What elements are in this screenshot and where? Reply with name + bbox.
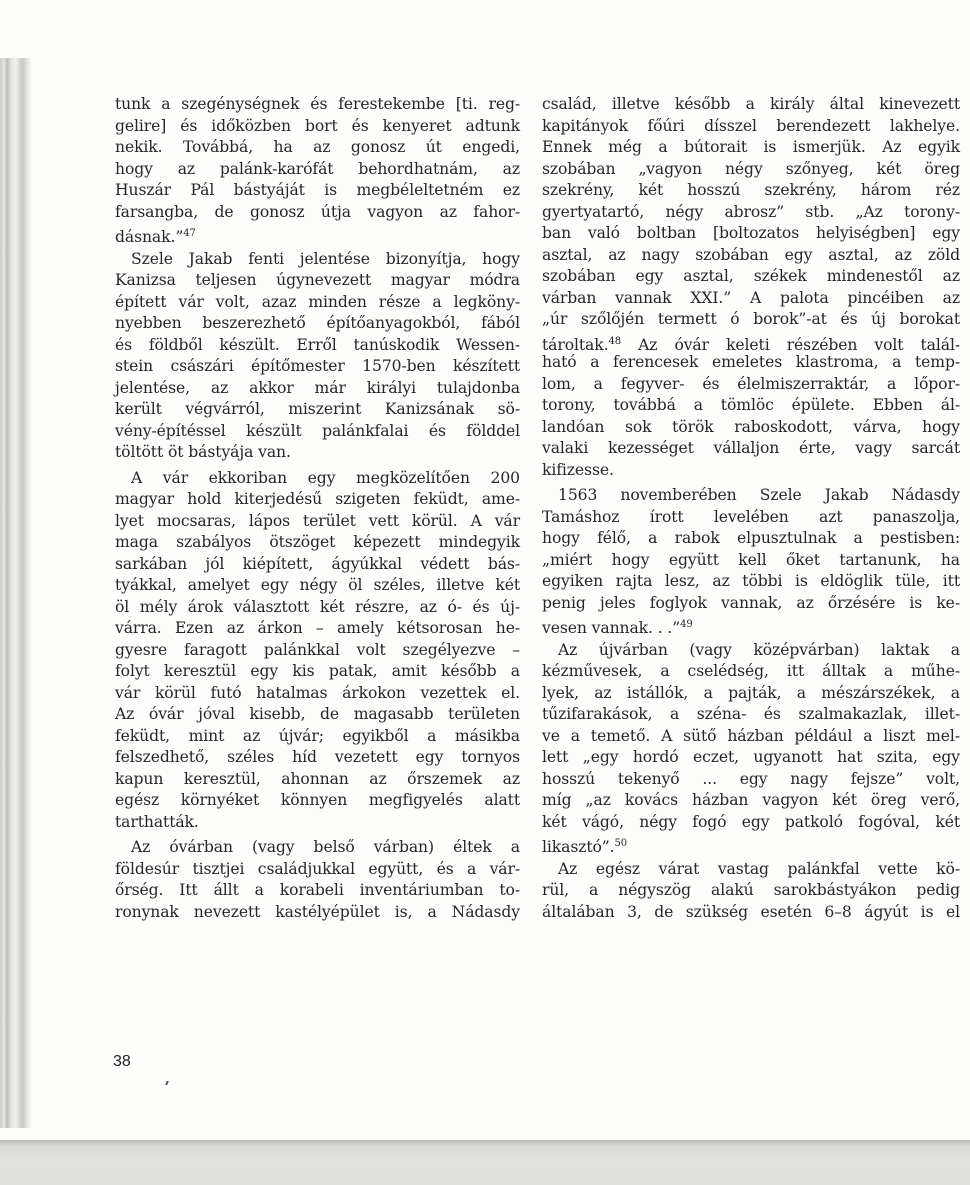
text-line: Az óvár jóval kisebb, de magasabb terüle… bbox=[115, 704, 520, 726]
text-line: Kanizsa teljesen úgynevezett magyar módr… bbox=[115, 270, 520, 292]
text-line: tűzifarakások, a széna- és szalmakazlak,… bbox=[542, 704, 960, 726]
text-line: nekik. Továbbá, ha az gonosz út engedi, bbox=[115, 137, 520, 159]
text-line: nyebben beszerezhető építőanyagokból, fá… bbox=[115, 313, 520, 335]
text-line: farsangba, de gonosz útja vagyon az faho… bbox=[115, 202, 520, 224]
text-line: egész környéket könnyen megfigyelés alat… bbox=[115, 790, 520, 812]
text-line: várra. Ezen az árkon – amely kétsorosan … bbox=[115, 618, 520, 640]
page-number: 38 bbox=[113, 1053, 131, 1071]
text-line: magyar hold kiterjedésű szigeten feküdt,… bbox=[115, 489, 520, 511]
text-line: gyesre faragott palánkkal volt szegélyez… bbox=[115, 640, 520, 662]
text-line: penig jeles foglyok vannak, az őrzésére … bbox=[542, 593, 960, 615]
text-line: dásnak.”47 bbox=[115, 223, 520, 245]
print-speck bbox=[165, 1081, 168, 1085]
text-line: kapun keresztül, ahonnan az őrszemek az bbox=[115, 769, 520, 791]
text-line: hosszú tekenyő ... egy nagy fejsze” volt… bbox=[542, 769, 960, 791]
text-line: gyertyatartó, négy abrosz” stb. „Az toro… bbox=[542, 202, 960, 224]
text-line: torony, továbbá a tömlöc épülete. Ebben … bbox=[542, 395, 960, 417]
text-line: földesúr tisztjei családjukkal együtt, é… bbox=[115, 859, 520, 881]
text-line: sarkában jól kiépített, ágyúkkal védett … bbox=[115, 554, 520, 576]
text-line: jelentése, az akkor már királyi tulajdon… bbox=[115, 378, 520, 400]
text-line: lyet mocsaras, lápos terület vett körül.… bbox=[115, 511, 520, 533]
text-line: tyákkal, amelyet egy négy öl széles, ill… bbox=[115, 575, 520, 597]
text-line: egyiken rajta lesz, az többi is eldöglik… bbox=[542, 571, 960, 593]
text-line: tarthatták. bbox=[115, 812, 520, 834]
text-line: család, illetve később a király által ki… bbox=[542, 94, 960, 116]
text-line: rül, a négyszög alakú sarokbástyákon ped… bbox=[542, 880, 960, 902]
text-line: ronynak nevezett kastélyépület is, a Nád… bbox=[115, 902, 520, 924]
text-line: „úr szőlőjén termett ó borok”-at és új b… bbox=[542, 309, 960, 331]
text-line: folyt keresztül egy kis patak, amit késő… bbox=[115, 661, 520, 683]
text-line: „miért hogy együtt kell őket tartanunk, … bbox=[542, 550, 960, 572]
text-line: asztal, az nagy szobában egy asztal, az … bbox=[542, 245, 960, 267]
text-line: hogy félő, a rabok elpusztulnak a pestis… bbox=[542, 528, 960, 550]
text-line: töltött öt bástyája van. bbox=[115, 442, 520, 464]
text-line: általában 3, de szükség esetén 6–8 ágyút… bbox=[542, 902, 960, 924]
text-line: ható a ferencesek emeletes klastroma, a … bbox=[542, 352, 960, 374]
text-line: öl mély árok választott két részre, az ó… bbox=[115, 597, 520, 619]
text-line: stein császári építőmester 1570-ben kész… bbox=[115, 356, 520, 378]
footnote-marker: 50 bbox=[615, 838, 628, 849]
text-line: míg „az kovács házban vagyon két öreg ve… bbox=[542, 790, 960, 812]
text-line: vár körül futó hatalmas árkokon vezettek… bbox=[115, 683, 520, 705]
text-line: feküdt, mint az újvár; egyikből a másikb… bbox=[115, 726, 520, 748]
footnote-marker: 49 bbox=[680, 619, 693, 630]
text-line: 1563 novemberében Szele Jakab Nádasdy bbox=[542, 485, 960, 507]
text-line: tunk a szegénységnek és ferestekembe [ti… bbox=[115, 94, 520, 116]
text-line: hogy az palánk-karófát behordhatnám, az bbox=[115, 159, 520, 181]
text-line: Az egész várat vastag palánkfal vette kö… bbox=[542, 859, 960, 881]
text-line: Ennek még a bútorait is ismerjük. Az egy… bbox=[542, 137, 960, 159]
text-line: kifizesse. bbox=[542, 460, 960, 482]
text-line: Tamáshoz írott levelében azt panaszolja, bbox=[542, 507, 960, 529]
text-line: vény-építéssel készült palánkfalai és fö… bbox=[115, 421, 520, 443]
left-text-column: tunk a szegénységnek és ferestekembe [ti… bbox=[115, 94, 520, 923]
text-line: lom, a fegyver- és élelmiszerraktár, a l… bbox=[542, 374, 960, 396]
text-line: került végvárról, miszerint Kanizsának s… bbox=[115, 399, 520, 421]
text-line: kézművesek, a cselédség, itt álltak a mű… bbox=[542, 661, 960, 683]
book-page: tunk a szegénységnek és ferestekembe [ti… bbox=[0, 0, 970, 1150]
book-spine-gutter bbox=[0, 58, 32, 1128]
text-line: vesen vannak. . .”49 bbox=[542, 614, 960, 636]
text-line: két vágó, négy fogó egy patkoló fogóval,… bbox=[542, 812, 960, 834]
text-line: épített vár volt, azaz minden része a le… bbox=[115, 292, 520, 314]
text-line: gelire] és időközben bort és kenyeret ad… bbox=[115, 116, 520, 138]
text-line: várban vannak XXI.” A palota pincéiben a… bbox=[542, 288, 960, 310]
text-line: és földből készült. Erről tanúskodik Wes… bbox=[115, 335, 520, 357]
footnote-marker: 48 bbox=[608, 336, 621, 347]
text-line: felszedhető, széles híd vezetett egy tor… bbox=[115, 747, 520, 769]
text-line: tároltak.48 Az óvár keleti részében volt… bbox=[542, 331, 960, 353]
text-line: A vár ekkoriban egy megközelítően 200 bbox=[115, 468, 520, 490]
text-line: likasztó”.50 bbox=[542, 833, 960, 855]
text-line: maga szabályos ötszöget képezett mindegy… bbox=[115, 532, 520, 554]
text-line: Az újvárban (vagy középvárban) laktak a bbox=[542, 640, 960, 662]
text-line: Szele Jakab fenti jelentése bizonyítja, … bbox=[115, 249, 520, 271]
text-line: valaki kezességet vállaljon érte, vagy s… bbox=[542, 438, 960, 460]
text-line: kapitányok főúri dísszel berendezett lak… bbox=[542, 116, 960, 138]
text-line: szobában „vagyon négy szőnyeg, két öreg bbox=[542, 159, 960, 181]
text-line: Huszár Pál bástyáját is megbéleltetném e… bbox=[115, 180, 520, 202]
text-line: lett „egy hordó eczet, ugyanott hat szit… bbox=[542, 747, 960, 769]
right-text-column: család, illetve később a király által ki… bbox=[542, 94, 960, 923]
text-line: landóan sok török raboskodott, várva, ho… bbox=[542, 417, 960, 439]
text-line: lyek, az istállók, a pajták, a mészárszé… bbox=[542, 683, 960, 705]
footnote-marker: 47 bbox=[183, 228, 196, 239]
text-line: szekrény, két hosszú szekrény, három réz bbox=[542, 180, 960, 202]
text-line: őrség. Itt állt a korabeli inventáriumba… bbox=[115, 880, 520, 902]
text-line: ve a temető. A sütő házban például a lis… bbox=[542, 726, 960, 748]
text-line: ban való boltban [boltozatos helyiségben… bbox=[542, 223, 960, 245]
text-line: Az óvárban (vagy belső várban) éltek a bbox=[115, 837, 520, 859]
text-line: szobában egy asztal, székek mindenestől … bbox=[542, 266, 960, 288]
page-bottom-edge bbox=[0, 1140, 970, 1185]
